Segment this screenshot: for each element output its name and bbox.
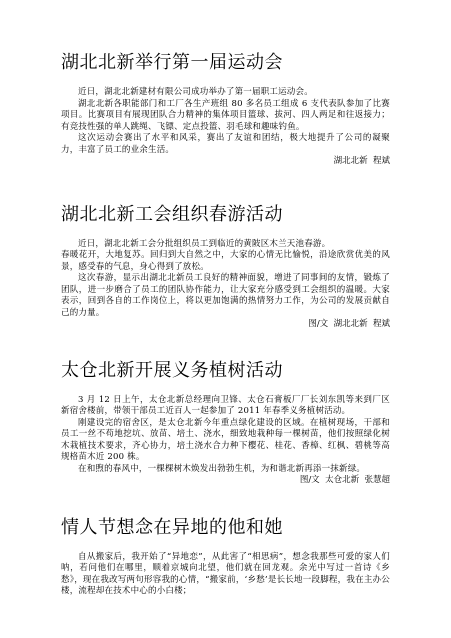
article-paragraph: 刚建设完的宿舍区，是太仓北新今年重点绿化建设的区域。在植树现场，干部和员工一丝不… [61, 418, 390, 464]
article-paragraph: 在和煦的春风中，一棵棵树木焕发出勃勃生机，为和谐北新再添一抹新绿。 [61, 464, 390, 476]
article-title: 湖北北新举行第一届运动会 [61, 52, 390, 74]
article-spring-outing: 湖北北新工会组织春游活动 近日，湖北北新工会分批组织员工到临近的黄陂区木兰天池春… [61, 204, 390, 331]
document-page: 湖北北新举行第一届运动会 近日，湖北北新建材有限公司成功举办了第一届职工运动会。… [0, 0, 451, 638]
article-sports-meeting: 湖北北新举行第一届运动会 近日，湖北北新建材有限公司成功举办了第一届职工运动会。… [61, 52, 390, 168]
article-paragraph: 近日，湖北北新工会分批组织员工到临近的黄陂区木兰天池春游。 [61, 239, 390, 251]
article-paragraph: 这次运动会赛出了水平和风采，赛出了友谊和团结，极大地提升了公司的凝聚力，丰富了员… [61, 133, 390, 156]
article-title: 湖北北新工会组织春游活动 [61, 204, 390, 226]
article-byline: 图/文 太仓北新 张慧超 [61, 475, 390, 487]
article-byline: 图/文 湖北北新 程斌 [61, 319, 390, 331]
article-paragraph: 3 月 12 日上午，太仓北新总经理向卫锋、太仓石膏板厂厂长刘东凯等来到厂区新宿… [61, 395, 390, 418]
article-title: 太仓北新开展义务植树活动 [61, 360, 390, 382]
article-valentines-day: 情人节想念在异地的他和她 自从搬家后，我开始了“异地恋”，从此害了“相思病”，想… [61, 517, 390, 598]
article-paragraph: 湖北北新各职能部门和工厂各生产班组 80 多名员工组成 6 支代表队参加了比赛项… [61, 99, 390, 134]
article-paragraph: 春暖花开，大地复苏。回归到大自然之中，大家的心情无比愉悦，沿途欣赏优美的风景，感… [61, 250, 390, 273]
article-paragraph: 近日，湖北北新建材有限公司成功举办了第一届职工运动会。 [61, 87, 390, 99]
article-paragraph: 自从搬家后，我开始了“异地恋”，从此害了“相思病”，想念我那些可爱的家人们呐，若… [61, 552, 390, 598]
article-tree-planting: 太仓北新开展义务植树活动 3 月 12 日上午，太仓北新总经理向卫锋、太仓石膏板… [61, 360, 390, 487]
article-paragraph: 这次春游，显示出湖北北新员工良好的精神面貌，增进了同事间的友情，锻炼了团队，进一… [61, 273, 390, 319]
article-byline: 湖北北新 程斌 [61, 156, 390, 168]
article-title: 情人节想念在异地的他和她 [61, 517, 390, 539]
